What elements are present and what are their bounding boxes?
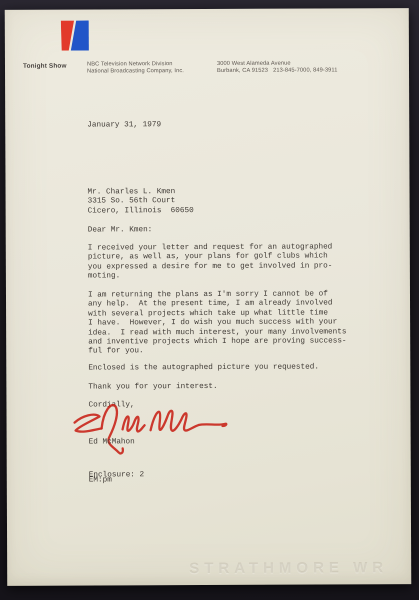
letter-date: January 31, 1979 <box>87 121 161 131</box>
signature-stroke <box>123 416 145 431</box>
network-division-lines: NBC Television Network Division National… <box>87 61 184 75</box>
body-paragraph-1: I received your letter and request for a… <box>88 243 333 282</box>
letter-paper: Tonight Show NBC Television Network Divi… <box>5 8 412 586</box>
typist-initials: EM:pm <box>89 476 112 486</box>
typed-sender-name: Ed McMahon <box>89 438 135 448</box>
photo-background: Tonight Show NBC Television Network Divi… <box>0 0 419 600</box>
signature-stroke <box>150 411 226 431</box>
salutation: Dear Mr. Kmen: <box>88 226 153 236</box>
nbc-n-logo-icon <box>61 21 89 51</box>
body-paragraph-3: Enclosed is the autographed picture you … <box>88 364 319 374</box>
signature-stroke <box>75 415 102 432</box>
ed-mcmahon-signature-icon <box>70 398 230 461</box>
letterhead-address-lines: 3000 West Alameda Avenue Burbank, CA 915… <box>217 60 338 74</box>
nbc-logo-blue-shape <box>71 21 89 51</box>
body-paragraph-2: I am returning the plans as I'm sorry I … <box>88 290 347 357</box>
recipient-address-block: Mr. Charles L. Kmen 3315 So. 56th Court … <box>88 188 194 217</box>
tonight-show-label: Tonight Show <box>23 63 67 70</box>
paper-watermark: STRATHMORE WR <box>189 559 388 577</box>
body-paragraph-4: Thank you for your interest. <box>88 383 217 393</box>
